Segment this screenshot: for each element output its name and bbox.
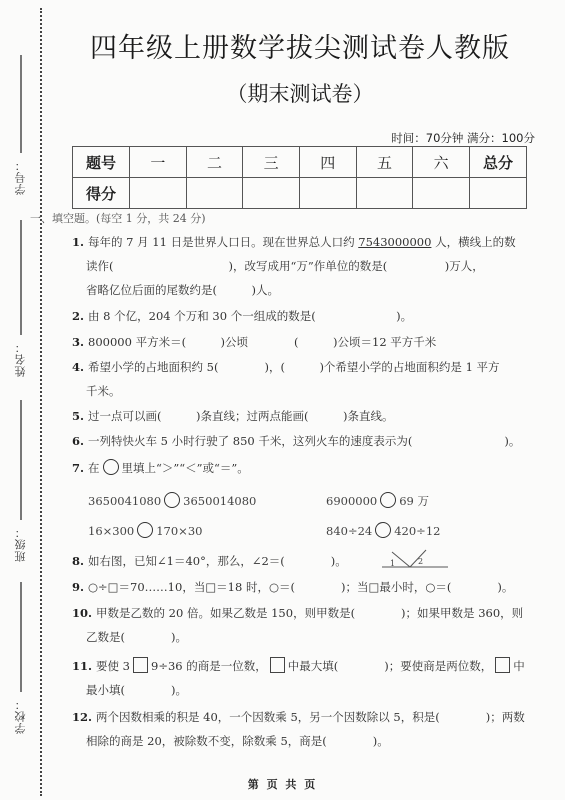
page-footer: 第 页 共 页 [0, 776, 565, 792]
cut-line [40, 8, 42, 796]
question-6: 6.一列特快火车 5 小时行驶了 850 千米，这列火车的速度表示为( )。 [72, 429, 537, 453]
svg-text:2: 2 [418, 557, 423, 566]
q1-line-2: 读作( )，改写成用“万”作单位的数是( )万人， [72, 254, 537, 278]
question-9: 9.○÷□＝70……10，当□＝18 时，○＝( )；当□最小时，○＝( )。 [72, 575, 537, 599]
question-1: 1.每年的 7 月 11 日是世界人口日。现在世界总人口约 7543000000… [72, 230, 537, 302]
question-4: 4.希望小学的占地面积约 5( )，( )个希望小学的占地面积约是 1 平方 千… [72, 355, 537, 403]
score-cell-5[interactable] [356, 178, 413, 209]
col-1: 一 [130, 147, 187, 178]
score-table-score-row: 得分 [73, 178, 527, 209]
q10-line-1: 甲数是乙数的 20 倍。如果乙数是 150，则甲数是( )；如果甲数是 360，… [96, 606, 523, 620]
q11-number: 11. [72, 659, 92, 673]
compare-right: 170×30 [156, 524, 202, 538]
q4-line-1: 希望小学的占地面积约 5( )，( )个希望小学的占地面积约是 1 平方 [88, 360, 500, 374]
svg-text:1: 1 [390, 559, 395, 568]
q10-number: 10. [72, 606, 92, 620]
compare-circle-1[interactable] [164, 492, 180, 508]
q12-number: 12. [72, 710, 92, 724]
class-label: 班级： [13, 526, 29, 562]
student-id-label: 学号： [13, 159, 29, 195]
q4-number: 4. [72, 360, 84, 374]
q7-post: 里填上“＞”“＜”或“＝”。 [122, 461, 249, 475]
q8-number: 8. [72, 554, 84, 568]
blank-box-2 [270, 657, 285, 673]
exam-meta: 时间：70分钟 满分：100分 [391, 130, 535, 146]
class-line[interactable] [20, 400, 22, 520]
compare-left: 16×300 [88, 524, 134, 538]
q3-number: 3. [72, 335, 84, 349]
question-11: 11.要使 39÷36 的商是一位数，中最大填( )；要使商是两位数，中 最小填… [72, 654, 537, 702]
compare-item-3: 16×300170×30 [88, 522, 202, 538]
school-label: 学校： [13, 698, 29, 734]
compare-item-2: 690000069 万 [326, 492, 429, 509]
question-number-label: 题号 [73, 147, 130, 178]
angle-figure-icon: 1 2 [380, 548, 450, 570]
page-title: 四年级上册数学拔尖测试卷人教版 [60, 26, 540, 65]
student-name-label: 姓名： [13, 341, 29, 377]
q1-underlined-number: 7543000000 [358, 235, 431, 249]
q10-line-2: 乙数是( )。 [72, 625, 537, 649]
student-name-field[interactable]: 姓名： [8, 220, 34, 377]
q11-text-a: 要使 3 [96, 659, 130, 673]
student-id-line[interactable] [20, 55, 22, 153]
q1-number: 1. [72, 235, 84, 249]
compare-left: 3650041080 [88, 494, 161, 508]
q11-text-d: 中 [513, 659, 525, 673]
col-5: 五 [356, 147, 413, 178]
question-5: 5.过一点可以画( )条直线；过两点能画( )条直线。 [72, 404, 537, 428]
q5-number: 5. [72, 409, 84, 423]
score-cell-1[interactable] [130, 178, 187, 209]
score-label: 得分 [73, 178, 130, 209]
q8-text: 如右图，已知∠1＝40°，那么，∠2＝( )。 [88, 554, 347, 568]
q7-pre: 在 [88, 461, 100, 475]
student-name-line[interactable] [20, 220, 22, 335]
question-8: 8.如右图，已知∠1＝40°，那么，∠2＝( )。 [72, 549, 537, 573]
school-field[interactable]: 学校： [8, 582, 34, 734]
q5-text: 过一点可以画( )条直线；过两点能画( )条直线。 [88, 409, 393, 423]
binding-margin: 学号： 姓名： 班级： 学校： [0, 0, 50, 800]
score-cell-2[interactable] [186, 178, 243, 209]
score-cell-total[interactable] [470, 178, 527, 209]
q1-line-3: 省略亿位后面的尾数约是( )人。 [72, 278, 537, 302]
section-title: 一、填空题。(每空 1 分，共 24 分) [30, 210, 206, 226]
q3-text: 800000 平方米＝( )公顷 ( )公顷＝12 平方千米 [88, 335, 436, 349]
compare-right: 69 万 [399, 494, 429, 508]
q7-number: 7. [72, 461, 84, 475]
q4-line-2: 千米。 [72, 379, 537, 403]
compare-right: 3650014080 [183, 494, 256, 508]
col-total: 总分 [470, 147, 527, 178]
q6-number: 6. [72, 434, 84, 448]
compare-right: 420÷12 [394, 524, 440, 538]
compare-circle-4[interactable] [375, 522, 391, 538]
q1-text-b: 人，横线上的数 [431, 235, 515, 249]
q9-text: ○÷□＝70……10，当□＝18 时，○＝( )；当□最小时，○＝( )。 [88, 580, 513, 594]
compare-circle-3[interactable] [137, 522, 153, 538]
col-3: 三 [243, 147, 300, 178]
q11-text-c: 中最大填( )；要使商是两位数， [288, 659, 492, 673]
q1-text-a: 每年的 7 月 11 日是世界人口日。现在世界总人口约 [88, 235, 358, 249]
page-subtitle: （期末测试卷） [60, 78, 540, 108]
compare-item-1: 36500410803650014080 [88, 492, 256, 508]
compare-left: 840÷24 [326, 524, 372, 538]
col-6: 六 [413, 147, 470, 178]
blank-box-1[interactable] [133, 657, 148, 673]
student-id-field[interactable]: 学号： [8, 55, 34, 195]
score-cell-6[interactable] [413, 178, 470, 209]
circle-icon [103, 459, 119, 475]
score-table: 题号 一 二 三 四 五 六 总分 得分 [72, 146, 527, 209]
class-field[interactable]: 班级： [8, 400, 34, 562]
compare-circle-2[interactable] [380, 492, 396, 508]
score-cell-4[interactable] [299, 178, 356, 209]
q6-text: 一列特快火车 5 小时行驶了 850 千米，这列火车的速度表示为( )。 [88, 434, 520, 448]
question-3: 3.800000 平方米＝( )公顷 ( )公顷＝12 平方千米 [72, 330, 537, 354]
q2-text: 由 8 个亿，204 个万和 30 个一组成的数是( )。 [88, 309, 412, 323]
q12-line-1: 两个因数相乘的积是 40，一个因数乘 5，另一个因数除以 5，积是( )；两数 [96, 710, 525, 724]
q12-line-2: 相除的商是 20，被除数不变，除数乘 5，商是( )。 [72, 729, 537, 753]
score-table-header-row: 题号 一 二 三 四 五 六 总分 [73, 147, 527, 178]
school-line[interactable] [20, 582, 22, 692]
blank-box-3 [495, 657, 510, 673]
q11-text-b: 9÷36 的商是一位数， [151, 659, 267, 673]
question-7: 7.在里填上“＞”“＜”或“＝”。 [72, 456, 537, 480]
compare-left: 6900000 [326, 494, 377, 508]
col-4: 四 [299, 147, 356, 178]
question-10: 10.甲数是乙数的 20 倍。如果乙数是 150，则甲数是( )；如果甲数是 3… [72, 601, 537, 649]
compare-item-4: 840÷24420÷12 [326, 522, 440, 538]
col-2: 二 [186, 147, 243, 178]
question-2: 2.由 8 个亿，204 个万和 30 个一组成的数是( )。 [72, 304, 537, 328]
question-12: 12.两个因数相乘的积是 40，一个因数乘 5，另一个因数除以 5，积是( )；… [72, 705, 537, 753]
q2-number: 2. [72, 309, 84, 323]
score-cell-3[interactable] [243, 178, 300, 209]
q11-line-2: 最小填( )。 [72, 678, 537, 702]
q9-number: 9. [72, 580, 84, 594]
